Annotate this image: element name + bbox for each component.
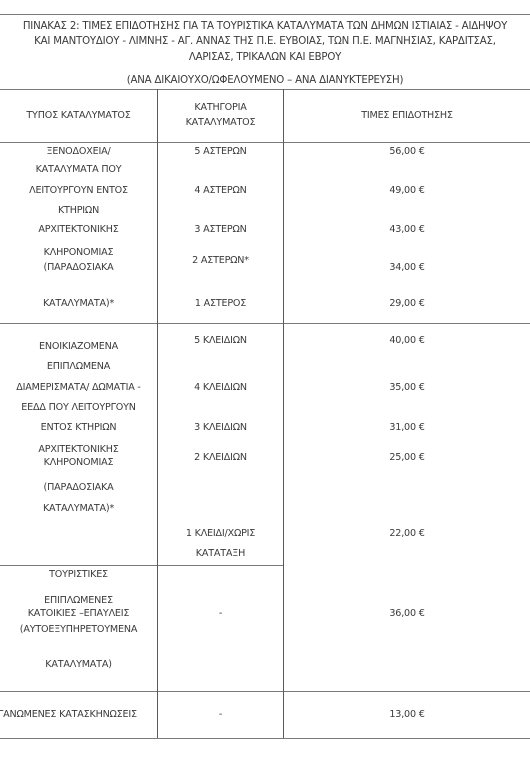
group1-type-line: ΛΕΙΤΟΥΡΓΟΥΝ ΕΝΤΟΣ	[0, 185, 157, 197]
group3-type-line: ΕΠΙΠΛΩΜΕΝΕΣ	[0, 595, 157, 607]
table-subtitle: (ΑΝΑ ΔΙΚΑΙΟΥΧΟ/ΩΦΕΛΟΥΜΕΝΟ – ΑΝΑ ΔΙΑΝΥΚΤΕ…	[0, 73, 530, 89]
group4-type-line: ΟΡΓΑΝΩΜΕΝΕΣ ΚΑΤΑΣΚΗΝΩΣΕΙΣ	[0, 709, 157, 721]
group3-price: 36,00 €	[284, 608, 530, 620]
group1-price: 29,00 €	[284, 298, 530, 310]
group1-type-line: ΚΤΗΡΙΩΝ	[0, 205, 157, 217]
group3-category: -	[158, 608, 283, 620]
header-top-rule	[0, 89, 530, 90]
group3-type-line: (ΑΥΤΟΕΞΥΠΗΡΕΤΟΥΜΕΝΑ	[0, 624, 157, 636]
group1-price: 56,00 €	[284, 146, 530, 158]
group2-type-line: (ΠΑΡΑΔΟΣΙΑΚΑ	[0, 482, 157, 494]
table-title-line-2: ΚΑΙ ΜΑΝΤΟΥΔΙΟΥ - ΛΙΜΝΗΣ - ΑΓ. ΑΝΝΑΣ ΤΗΣ …	[0, 34, 530, 50]
group2-price: 40,00 €	[284, 335, 530, 347]
group4-category: -	[158, 709, 283, 721]
group2-price: 22,00 €	[284, 528, 530, 540]
table-title-line-1: ΠΙΝΑΚΑΣ 2: ΤΙΜΕΣ ΕΠΙΔΟΤΗΣΗΣ ΓΙΑ ΤΑ ΤΟΥΡΙ…	[0, 19, 530, 35]
group1-category: 2 ΑΣΤΕΡΩΝ*	[158, 255, 283, 267]
group2-price: 35,00 €	[284, 382, 530, 394]
group1-price: 34,00 €	[284, 262, 530, 274]
group2-type-line: ΚΑΤΑΛΥΜΑΤΑ)*	[0, 503, 157, 515]
group2-price: 25,00 €	[284, 452, 530, 464]
table-title-line-3: ΛΑΡΙΣΑΣ, ΤΡΙΚΑΛΩΝ ΚΑΙ ΕΒΡΟΥ	[0, 50, 530, 66]
group3-type-line: ΚΑΤΑΛΥΜΑΤΑ)	[0, 659, 157, 671]
group1-bottom-rule	[0, 323, 530, 324]
group2-category: 1 ΚΛΕΙΔΙ/ΧΩΡΙΣ	[158, 528, 283, 540]
group2-type-line: ΕΕΔΔ ΠΟΥ ΛΕΙΤΟΥΡΓΟΥΝ	[0, 402, 157, 414]
group4-price: 13,00 €	[284, 709, 530, 721]
group2-type-line: ΑΡΧΙΤΕΚΤΟΝΙΚΗΣ	[0, 444, 157, 456]
group3-bottom-rule	[0, 691, 530, 692]
group3-type-line: ΚΑΤΟΙΚΙΕΣ –ΕΠΑΥΛΕΙΣ	[0, 608, 157, 620]
group2-type-line: ΔΙΑΜΕΡΙΣΜΑΤΑ/ ΔΩΜΑΤΙΑ -	[0, 382, 157, 394]
group2-category: 2 ΚΛΕΙΔΙΩΝ	[158, 452, 283, 464]
group1-type-line: ΚΑΤΑΛΥΜΑΤΑ ΠΟΥ	[0, 164, 157, 176]
group2-type-line: ΕΠΙΠΛΩΜΕΝΑ	[0, 361, 157, 373]
header-bottom-rule	[0, 142, 530, 143]
group1-category: 4 ΑΣΤΕΡΩΝ	[158, 185, 283, 197]
header-type: ΤΥΠΟΣ ΚΑΤΑΛΥΜΑΤΟΣ	[0, 110, 157, 122]
group2-type-line: ΕΝΟΙΚΙΑΖΟΜΕΝΑ	[0, 341, 157, 353]
table-top-rule	[0, 14, 530, 15]
group1-category: 3 ΑΣΤΕΡΩΝ	[158, 224, 283, 236]
group2-category: 4 ΚΛΕΙΔΙΩΝ	[158, 382, 283, 394]
group2-type-line: ΕΝΤΟΣ ΚΤΗΡΙΩΝ	[0, 422, 157, 434]
group1-type-line: ΞΕΝΟΔΟΧΕΙΑ/	[0, 146, 157, 158]
group1-category: 5 ΑΣΤΕΡΩΝ	[158, 146, 283, 158]
group1-price: 49,00 €	[284, 185, 530, 197]
group1-type-line: ΚΑΤΑΛΥΜΑΤΑ)*	[0, 298, 157, 310]
group1-type-line: ΚΛΗΡΟΝΟΜΙΑΣ	[0, 247, 157, 259]
group2-bottom-rule	[0, 565, 283, 566]
group1-type-line: (ΠΑΡΑΔΟΣΙΑΚΑ	[0, 262, 157, 274]
table-bottom-rule	[0, 738, 530, 739]
header-category-line-2: ΚΑΤΑΛΥΜΑΤΟΣ	[158, 117, 283, 129]
header-price: ΤΙΜΕΣ ΕΠΙΔΟΤΗΣΗΣ	[284, 110, 530, 122]
group3-type-line: ΤΟΥΡΙΣΤΙΚΕΣ	[0, 569, 157, 581]
group2-type-line: ΚΛΗΡΟΝΟΜΙΑΣ	[0, 457, 157, 469]
group2-category: 5 ΚΛΕΙΔΙΩΝ	[158, 335, 283, 347]
group1-category: 1 ΑΣΤΕΡΟΣ	[158, 298, 283, 310]
header-category-line-1: ΚΑΤΗΓΟΡΙΑ	[158, 102, 283, 114]
group2-category: ΚΑΤΑΤΑΞΗ	[158, 548, 283, 560]
group1-type-line: ΑΡΧΙΤΕΚΤΟΝΙΚΗΣ	[0, 224, 157, 236]
group2-price: 31,00 €	[284, 422, 530, 434]
group1-price: 43,00 €	[284, 224, 530, 236]
group2-category: 3 ΚΛΕΙΔΙΩΝ	[158, 422, 283, 434]
